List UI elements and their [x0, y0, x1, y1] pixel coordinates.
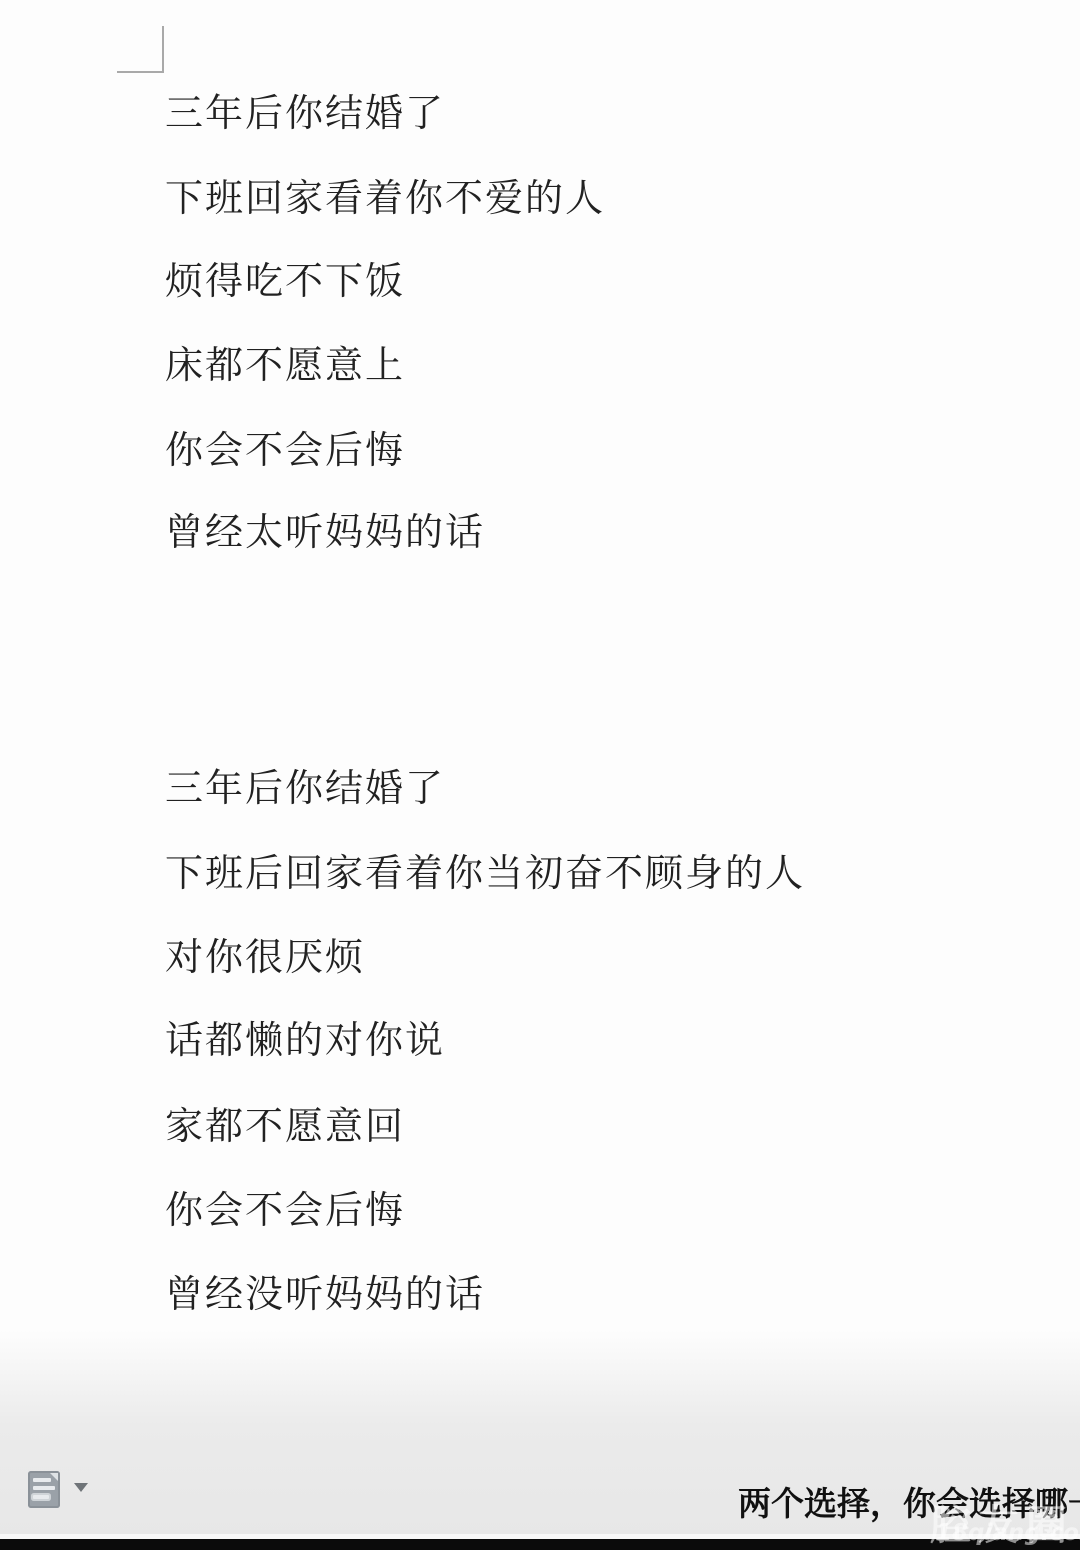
text-line: 曾经没听妈妈的话 — [165, 1274, 485, 1314]
bottom-black-bar — [0, 1539, 1080, 1550]
text-line: 烦得吃不下饭 — [165, 261, 405, 301]
text-line: 三年后你结婚了 — [165, 93, 445, 133]
text-line: 你会不会后悔 — [165, 430, 405, 470]
document-page: 三年后你结婚了 下班回家看着你不爱的人 烦得吃不下饭 床都不愿意上 你会不会后悔… — [0, 0, 1080, 1550]
text-line: 对你很厌烦 — [165, 937, 365, 977]
text-boundary-corner-mark — [117, 26, 164, 73]
text-line: 下班回家看着你不爱的人 — [165, 178, 605, 218]
watermark-site-url: 18qiang.com — [936, 1520, 1080, 1546]
text-line: 你会不会后悔 — [165, 1190, 405, 1230]
text-line: 三年后你结婚了 — [165, 768, 445, 808]
text-line: 床都不愿意上 — [165, 345, 405, 385]
page-fold-corner — [50, 1473, 58, 1481]
text-line: 家都不愿意回 — [165, 1106, 405, 1146]
text-line: 曾经太听妈妈的话 — [165, 512, 485, 552]
document-page-icon[interactable] — [28, 1471, 60, 1508]
text-line: 下班后回家看着你当初奋不顾身的人 — [165, 853, 805, 893]
text-line: 话都懒的对你说 — [165, 1020, 445, 1060]
chevron-down-icon[interactable] — [74, 1483, 88, 1492]
